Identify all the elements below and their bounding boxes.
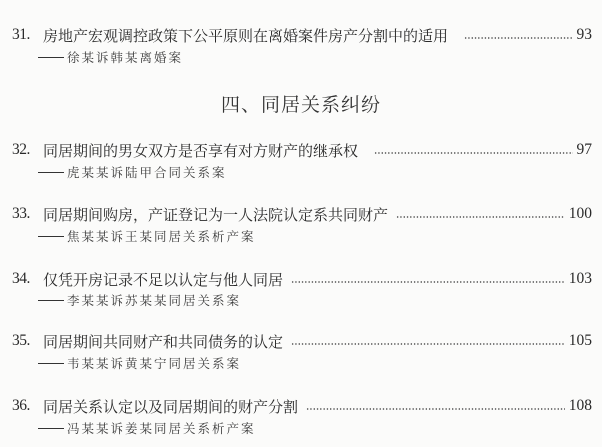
entry-case-subtitle: 焦某某诉王某同居关系析产案 <box>38 227 256 245</box>
em-dash <box>38 236 64 237</box>
toc-entry-title-row[interactable]: 33. 同居期间购房，产证登记为一人法院认定系共同财产 100 <box>12 203 592 225</box>
entry-case-name: 李某某诉苏某某同居关系案 <box>67 291 241 309</box>
entry-number: 32. <box>12 141 43 159</box>
em-dash <box>38 57 64 58</box>
entry-case-subtitle: 虎某某诉陆甲合同关系案 <box>38 163 227 181</box>
toc-entry-title-row[interactable]: 35. 同居期间共同财产和共同债务的认定 105 <box>12 330 592 352</box>
entry-title: 同居关系认定以及同居期间的财产分割 <box>43 396 298 417</box>
dot-leader <box>464 37 572 39</box>
dot-leader <box>396 216 565 218</box>
toc-entry-title-row[interactable]: 34. 仅凭开房记录不足以认定与他人同居 103 <box>12 268 592 290</box>
entry-title: 同居期间共同财产和共同债务的认定 <box>43 331 283 352</box>
em-dash <box>38 428 64 429</box>
entry-case-subtitle: 徐某诉韩某离婚案 <box>38 48 183 66</box>
entry-title: 同居期间购房，产证登记为一人法院认定系共同财产 <box>43 204 388 225</box>
entry-case-subtitle: 韦某某诉黄某宁同居关系案 <box>38 354 241 372</box>
dot-leader <box>306 408 565 410</box>
entry-page-number: 103 <box>569 270 592 288</box>
entry-number: 33. <box>12 205 43 223</box>
entry-number: 36. <box>12 397 43 415</box>
entry-number: 34. <box>12 270 43 288</box>
entry-case-subtitle: 冯某某诉姜某同居关系析产案 <box>38 419 256 437</box>
dot-leader <box>291 343 565 345</box>
toc-entry-title-row[interactable]: 31. 房地产宏观调控政策下公平原则在离婚案件房产分割中的适用 93 <box>12 24 592 46</box>
entry-page-number: 97 <box>577 141 593 159</box>
entry-title: 同居期间的男女双方是否享有对方财产的继承权 <box>43 140 358 161</box>
dot-leader <box>374 152 572 154</box>
entry-number: 35. <box>12 332 43 350</box>
entry-number: 31. <box>12 26 43 44</box>
em-dash <box>38 172 64 173</box>
entry-title: 房地产宏观调控政策下公平原则在离婚案件房产分割中的适用 <box>43 25 448 46</box>
entry-case-subtitle: 李某某诉苏某某同居关系案 <box>38 291 241 309</box>
entry-page-number: 100 <box>569 205 592 223</box>
em-dash <box>38 363 64 364</box>
entry-case-name: 焦某某诉王某同居关系析产案 <box>67 227 256 245</box>
toc-entry-title-row[interactable]: 36. 同居关系认定以及同居期间的财产分割 108 <box>12 395 592 417</box>
entry-page-number: 93 <box>577 26 593 44</box>
entry-case-name: 徐某诉韩某离婚案 <box>67 48 183 66</box>
entry-case-name: 韦某某诉黄某宁同居关系案 <box>67 354 241 372</box>
entry-case-name: 冯某某诉姜某同居关系析产案 <box>67 419 256 437</box>
entry-page-number: 105 <box>569 332 592 350</box>
entry-title: 仅凭开房记录不足以认定与他人同居 <box>43 269 283 290</box>
em-dash <box>38 300 64 301</box>
entry-page-number: 108 <box>569 397 592 415</box>
section-heading: 四、同居关系纠纷 <box>0 90 602 118</box>
toc-entry-title-row[interactable]: 32. 同居期间的男女双方是否享有对方财产的继承权 97 <box>12 139 592 161</box>
entry-case-name: 虎某某诉陆甲合同关系案 <box>67 163 227 181</box>
dot-leader <box>291 281 565 283</box>
